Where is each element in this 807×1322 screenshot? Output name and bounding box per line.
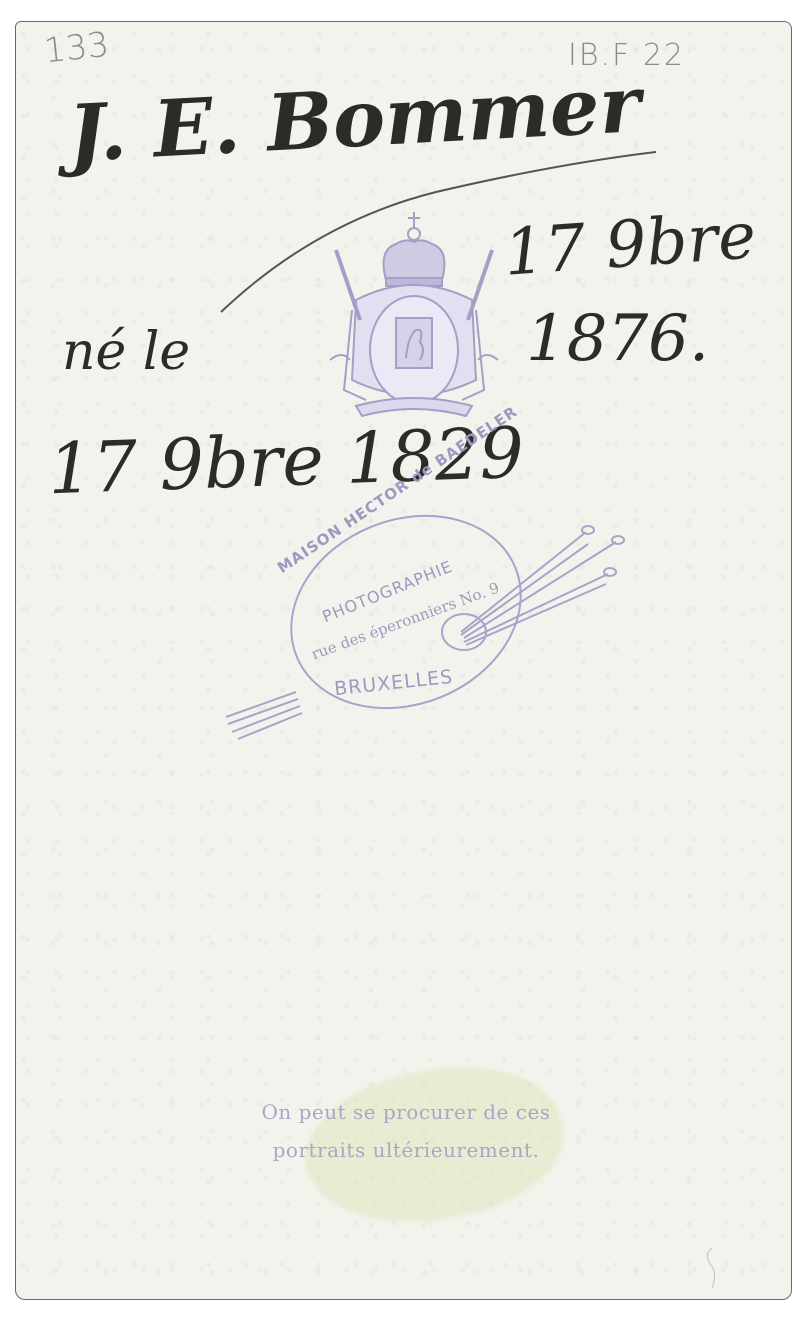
- handwritten-born-label: né le: [62, 322, 190, 382]
- handwritten-death-year: 1876.: [526, 302, 709, 376]
- ink-squiggle-icon: [704, 1244, 734, 1294]
- footer-line-2: portraits ultérieurement.: [196, 1138, 616, 1162]
- footer-line-1: On peut se procurer de ces: [196, 1100, 616, 1124]
- photo-card-back: 133 IB.F 22 J. E. Bommer 17 9bre né le 1…: [15, 21, 792, 1300]
- artist-palette-icon: [216, 492, 636, 762]
